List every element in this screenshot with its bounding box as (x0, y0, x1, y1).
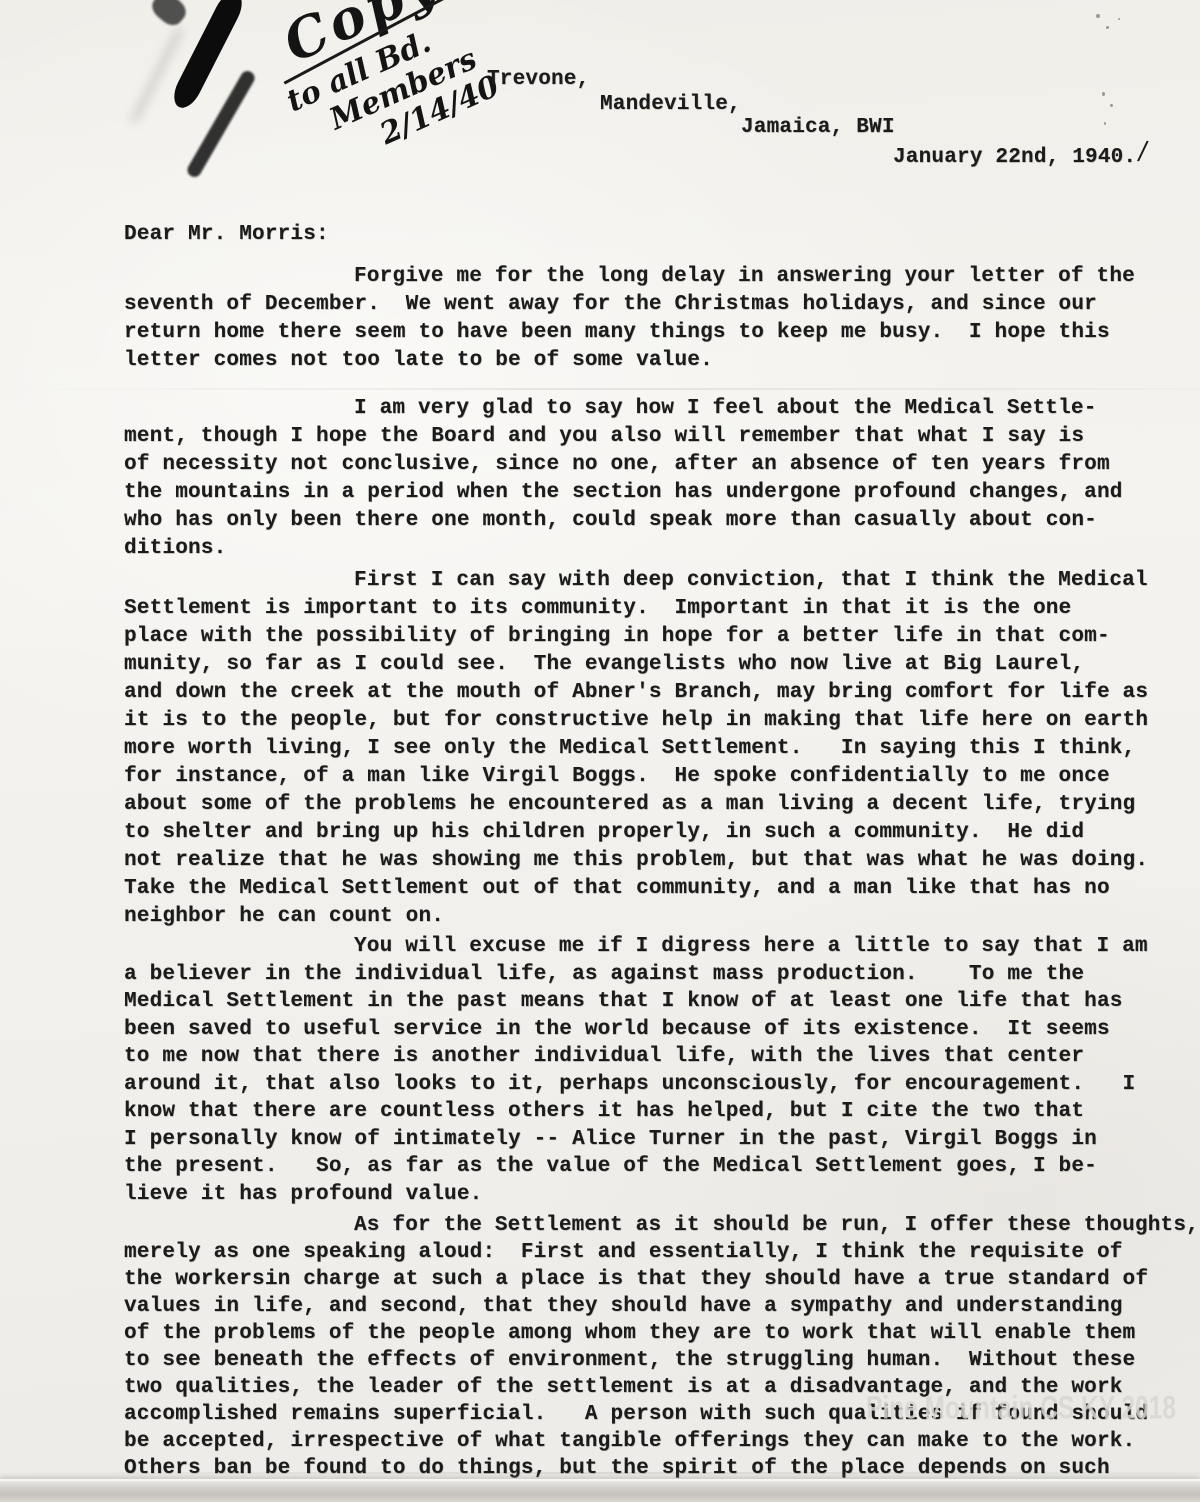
typed-line: to shelter and bring up his children pro… (124, 819, 1174, 847)
paragraph-lines: First I can say with deep conviction, th… (124, 567, 1174, 931)
typed-line: place with the possibility of bringing i… (124, 623, 1174, 651)
typed-line: be accepted, irrespective of what tangib… (124, 1428, 1174, 1455)
scan-speck (1096, 14, 1100, 18)
typed-line: to see beneath the effects of environmen… (124, 1347, 1174, 1374)
typed-line: been saved to useful service in the worl… (124, 1016, 1174, 1044)
typed-line: the workersin charge at such a place is … (124, 1266, 1174, 1293)
typed-line: Take the Medical Settlement out of that … (124, 875, 1174, 903)
handwritten-annotation: Copy to all Bd. Members 2/14/40 (252, 0, 533, 182)
salutation: Dear Mr. Morris: (124, 223, 329, 246)
typed-line: neighbor he can count on. (124, 903, 1174, 931)
typed-line: Forgive me for the long delay in answeri… (124, 263, 1174, 291)
typed-line: munity, so far as I could see. The evang… (124, 651, 1174, 679)
typed-line: around it, that also looks to it, perhap… (124, 1071, 1174, 1099)
typed-line: who has only been there one month, could… (124, 507, 1174, 535)
paragraph-4: You will excuse me if I digress here a l… (124, 933, 1174, 1208)
typed-line: letter comes not too late to be of some … (124, 347, 1174, 375)
typed-line: a believer in the individual life, as ag… (124, 961, 1174, 989)
scan-speck (1110, 104, 1113, 107)
typed-line: it is to the people, but for constructiv… (124, 707, 1174, 735)
typed-line: First I can say with deep conviction, th… (124, 567, 1174, 595)
typed-line: more worth living, I see only the Medica… (124, 735, 1174, 763)
scan-speck (1102, 92, 1105, 96)
return-address-line-3: Jamaica, BWI (741, 116, 895, 139)
typed-line: merely as one speaking aloud: First and … (124, 1239, 1174, 1266)
typed-line: ditions. (124, 535, 1174, 563)
handwritten-check-mark: / (1137, 136, 1150, 167)
typed-line: know that there are countless others it … (124, 1098, 1174, 1126)
typed-line: lieve it has profound value. (124, 1181, 1174, 1209)
typed-line: values in life, and second, that they sh… (124, 1293, 1174, 1320)
typed-line: You will excuse me if I digress here a l… (124, 933, 1174, 961)
return-address-line-2: Mandeville, (600, 93, 741, 116)
paragraph-lines: Forgive me for the long delay in answeri… (124, 263, 1174, 375)
typed-line: Medical Settlement in the past means tha… (124, 988, 1174, 1016)
typed-line: I personally know of intimately -- Alice… (124, 1126, 1174, 1154)
typed-line: ment, though I hope the Board and you al… (124, 423, 1174, 451)
scan-speck (1104, 122, 1106, 125)
ink-blot-mark (148, 0, 191, 30)
page-bottom-edge (0, 1479, 1200, 1502)
scan-speck (1106, 26, 1109, 29)
typed-line: not realize that he was showing me this … (124, 847, 1174, 875)
paragraph-2: I am very glad to say how I feel about t… (124, 395, 1174, 563)
typed-line: the mountains in a period when the secti… (124, 479, 1174, 507)
typed-line: Settlement is important to its community… (124, 595, 1174, 623)
typed-line: I am very glad to say how I feel about t… (124, 395, 1174, 423)
paragraph-lines: You will excuse me if I digress here a l… (124, 933, 1174, 1208)
paragraph-5: As for the Settlement as it should be ru… (124, 1212, 1174, 1482)
typed-line: for instance, of a man like Virgil Boggs… (124, 763, 1174, 791)
letter-date: January 22nd, 1940. (893, 146, 1136, 169)
last-typed-line: Others ban be found to do things, but th… (124, 1455, 1174, 1482)
typed-line: and down the creek at the mouth of Abner… (124, 679, 1174, 707)
typed-line: seventh of December. We went away for th… (124, 291, 1174, 319)
typed-line: return home there seem to have been many… (124, 319, 1174, 347)
typed-line: of necessity not conclusive, since no on… (124, 451, 1174, 479)
paragraph-1: Forgive me for the long delay in answeri… (124, 263, 1174, 375)
paper-crease (0, 388, 1200, 390)
typed-line: about some of the problems he encountere… (124, 791, 1174, 819)
last-line-suffix: , but the spirit of the place depends on… (534, 1457, 1110, 1480)
letter-date-line: January 22nd, 1940./ (893, 139, 1145, 169)
paragraph-lines: I am very glad to say how I feel about t… (124, 395, 1174, 563)
typed-line: As for the Settlement as it should be ru… (124, 1212, 1174, 1239)
letter-page: Copy to all Bd. Members 2/14/40 Trevone,… (0, 0, 1200, 1502)
typed-line: to me now that there is another individu… (124, 1043, 1174, 1071)
return-address-line-1: Trevone, (487, 68, 589, 91)
last-line-prefix: Others ban be found to do (124, 1457, 457, 1480)
archive-watermark: Pine Mountain CS KY 2018 (866, 1390, 1176, 1428)
typed-line: the present. So, as far as the value of … (124, 1153, 1174, 1181)
paragraph-3: First I can say with deep conviction, th… (124, 567, 1174, 931)
typed-line: of the problems of the people among whom… (124, 1320, 1174, 1347)
scan-speck (1118, 18, 1120, 20)
